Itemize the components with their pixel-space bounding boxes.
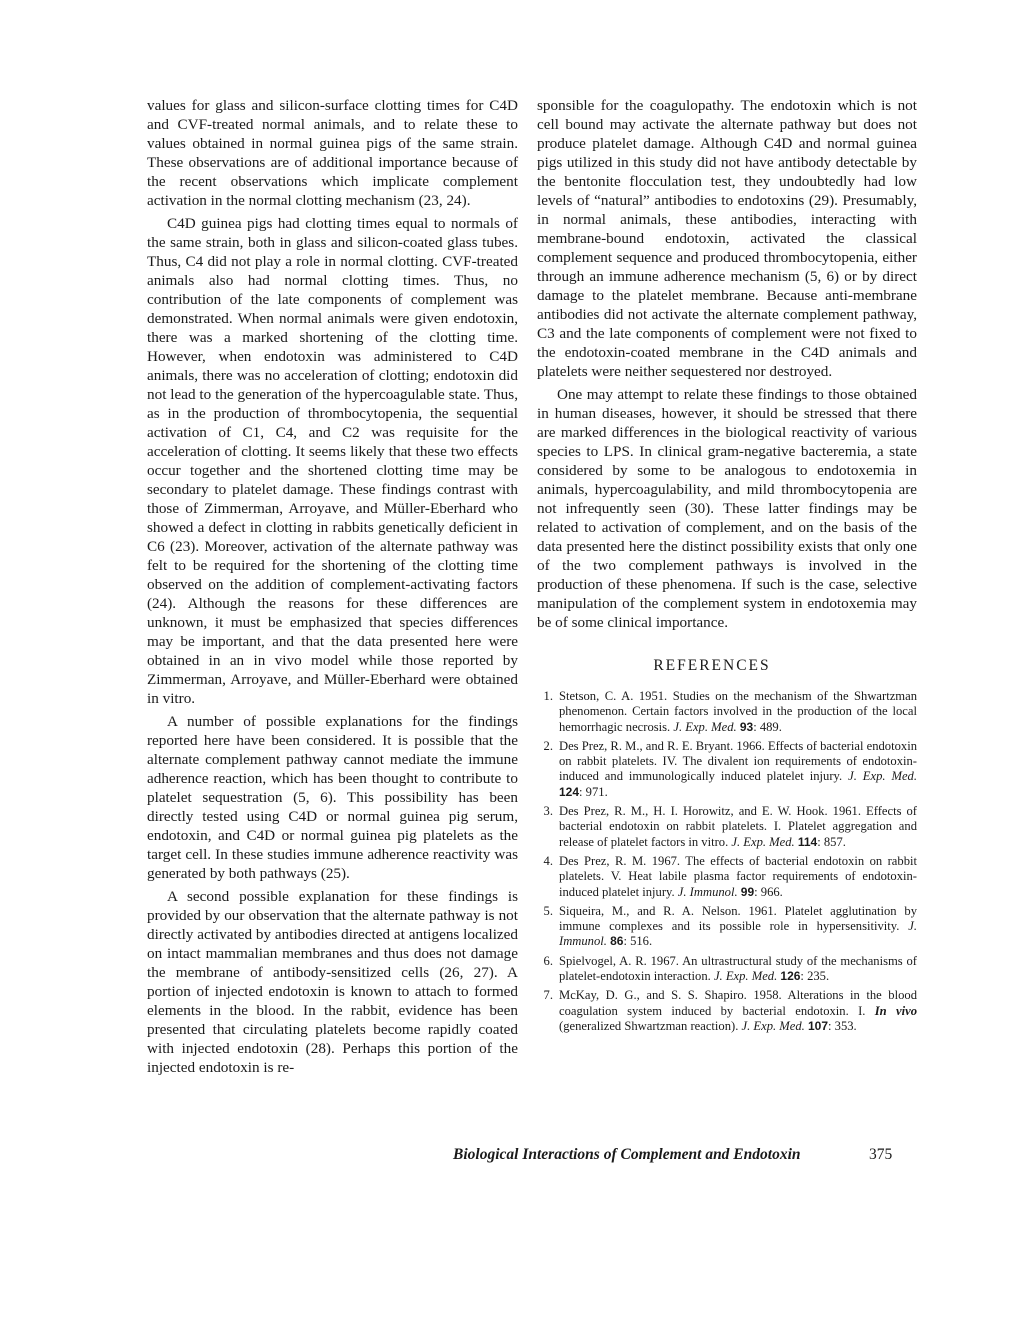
references-heading: REFERENCES	[507, 656, 917, 675]
body-paragraph: A second possible explanation for these …	[147, 887, 518, 1077]
reference-journal: J. Immunol.	[678, 885, 738, 899]
reference-journal: J. Exp. Med.	[731, 835, 794, 849]
body-paragraph: sponsible for the coagulopathy. The endo…	[537, 96, 917, 381]
reference-number: 3.	[537, 804, 553, 819]
reference-item: 6. Spielvogel, A. R. 1967. An ultrastruc…	[537, 954, 917, 985]
body-paragraph: One may attempt to relate these findings…	[537, 385, 917, 632]
reference-volume: 107	[808, 1019, 828, 1033]
reference-item: 2. Des Prez, R. M., and R. E. Bryant. 19…	[537, 739, 917, 800]
reference-text: Siqueira, M., and R. A. Nelson. 1961. Pl…	[559, 904, 917, 933]
reference-pages: : 353.	[828, 1019, 857, 1033]
body-paragraph: C4D guinea pigs had clotting times equal…	[147, 214, 518, 708]
reference-item: 3. Des Prez, R. M., H. I. Horowitz, and …	[537, 804, 917, 850]
references-list: 1. Stetson, C. A. 1951. Studies on the m…	[537, 689, 917, 1034]
reference-volume: 114	[798, 835, 817, 849]
reference-number: 2.	[537, 739, 553, 754]
reference-pages: : 857.	[817, 835, 846, 849]
right-column: sponsible for the coagulopathy. The endo…	[537, 96, 917, 1038]
reference-item: 5. Siqueira, M., and R. A. Nelson. 1961.…	[537, 904, 917, 950]
reference-pages: : 971.	[579, 785, 608, 799]
reference-text: (generalized Shwartzman reaction).	[559, 1019, 738, 1033]
reference-volume: 86	[610, 934, 623, 948]
reference-volume: 99	[741, 885, 754, 899]
reference-text: Des Prez, R. M. 1967. The effects of bac…	[559, 854, 917, 899]
body-paragraph: values for glass and silicon-surface clo…	[147, 96, 518, 210]
reference-volume: 93	[740, 720, 753, 734]
reference-journal: J. Exp. Med.	[742, 1019, 805, 1033]
reference-pages: : 966.	[754, 885, 783, 899]
reference-emphasis: In vivo	[875, 1004, 917, 1018]
reference-pages: : 489.	[753, 720, 782, 734]
reference-journal: J. Exp. Med.	[673, 720, 736, 734]
body-paragraph: A number of possible explanations for th…	[147, 712, 518, 883]
reference-number: 7.	[537, 988, 553, 1003]
reference-number: 5.	[537, 904, 553, 919]
reference-number: 1.	[537, 689, 553, 704]
left-column: values for glass and silicon-surface clo…	[147, 96, 518, 1081]
reference-volume: 124	[559, 785, 579, 799]
reference-item: 1. Stetson, C. A. 1951. Studies on the m…	[537, 689, 917, 735]
reference-pages: : 235.	[800, 969, 829, 983]
reference-journal: J. Exp. Med.	[848, 769, 917, 783]
running-title: Biological Interactions of Complement an…	[453, 1146, 801, 1164]
reference-item: 7. McKay, D. G., and S. S. Shapiro. 1958…	[537, 988, 917, 1034]
reference-journal: J. Exp. Med.	[714, 969, 777, 983]
reference-item: 4. Des Prez, R. M. 1967. The effects of …	[537, 854, 917, 900]
reference-text: McKay, D. G., and S. S. Shapiro. 1958. A…	[559, 988, 917, 1017]
page-number: 375	[869, 1146, 892, 1164]
reference-text: Stetson, C. A. 1951. Studies on the mech…	[559, 689, 917, 734]
reference-number: 4.	[537, 854, 553, 869]
reference-pages: : 516.	[623, 934, 652, 948]
reference-number: 6.	[537, 954, 553, 969]
reference-volume: 126	[780, 969, 800, 983]
